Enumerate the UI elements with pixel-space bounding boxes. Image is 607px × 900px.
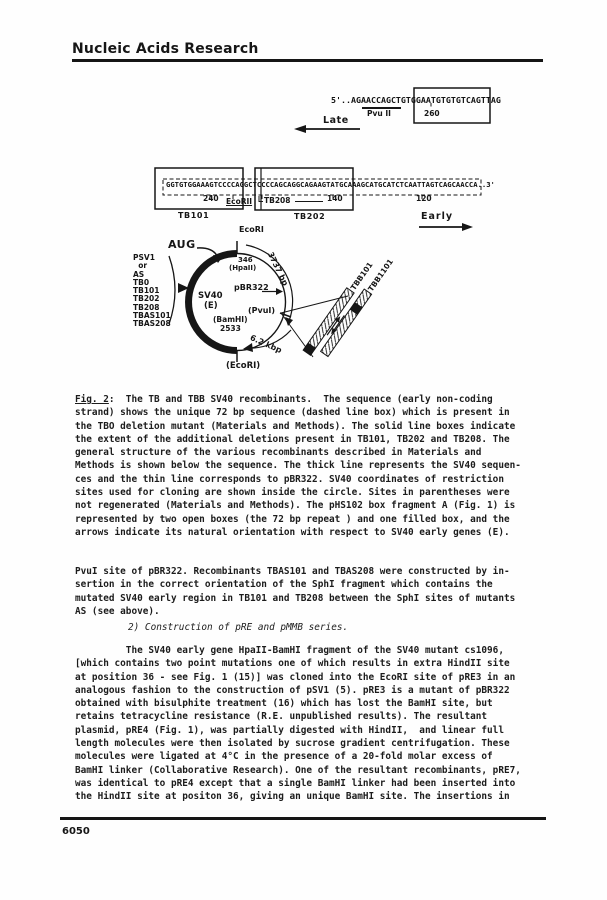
early-genes-e-label: (E) — [204, 302, 218, 311]
tb101-label: TB101 — [178, 212, 209, 220]
figure-caption: Fig. 2: The TB and TBB SV40 recombinants… — [75, 393, 550, 539]
figure-caption-first-line: : The TB and TBB SV40 recombinants. The … — [109, 394, 493, 405]
ecori-bottom-label: (EcoRI) — [226, 362, 260, 371]
page-number: 6050 — [62, 827, 90, 837]
late-strand-sequence: 5'..AGAACCAGCTGTGGAATGTGTGTCAGTTAG — [331, 96, 501, 104]
figure-2-diagram: TBB101 TBB1101 5'..AGAACCAGCTGTGGAATGTGT… — [0, 0, 607, 390]
tbb-insert-boxes: TBB101 TBB1101 — [303, 248, 395, 364]
seventytwo-bp-sequence: GGTGTGGAAAGTCCCCAGGCTCCCCAGCAGGCAGAAGTAT… — [166, 180, 478, 189]
coord-240-label: 240 — [203, 195, 219, 203]
bamhi-site-label: (BamHI) — [213, 316, 248, 324]
hpaii-coordinate: 346 — [238, 257, 253, 264]
tb208-label: TB208 — [264, 197, 291, 205]
footer-rule — [60, 817, 546, 820]
section-heading: 2) Construction of pRE and pMMB series. — [128, 621, 348, 634]
early-direction-label: Early — [421, 212, 453, 222]
figure-caption-number: Fig. 2 — [75, 394, 109, 405]
hpaii-site-label: (HpaII) — [229, 265, 256, 272]
coord-120-label: 120 — [416, 195, 432, 203]
bamhi-coordinate: 2533 — [220, 325, 241, 333]
variant-name-list: PSV1 or AS TB0 TB101 TB202 TB208 TBAS101… — [133, 254, 171, 329]
tb202-label: TB202 — [294, 213, 325, 221]
coord-140-label: 140 — [327, 195, 343, 203]
figure-caption-body: strand) shows the unique 72 bp sequence … — [75, 407, 521, 538]
pbr322-label: pBR322 — [234, 284, 269, 292]
aug-label: AUG — [168, 239, 196, 250]
ecori-top-label: EcoRI — [239, 226, 264, 234]
pvui-site-label: (PvuI) — [248, 307, 275, 315]
early-arrow — [419, 223, 473, 231]
figure-lineart: TBB101 TBB1101 — [0, 85, 607, 390]
sv40-label: SV40 — [198, 292, 223, 301]
early-strand-sequence: GGTGTGGAAAGTCCCCAGGCTCCCCAGCAGGCAGAAGTAT… — [166, 181, 495, 188]
body-paragraph-1: PvuI site of pBR322. Recombinants TBAS10… — [75, 565, 550, 618]
ecorii-site-label: EcoRII — [226, 198, 252, 206]
late-arrow — [294, 125, 360, 133]
late-direction-label: Late — [323, 116, 349, 126]
body-paragraph-2: The SV40 early gene HpaII-BamHI fragment… — [75, 644, 550, 804]
pvuii-site-label: Pvu II — [367, 110, 391, 118]
sequence-3prime-suffix: ..3' — [478, 180, 495, 189]
journal-page: Nucleic Acids Research — [0, 0, 607, 900]
coord-260-label: 260 — [424, 110, 440, 118]
variant-brace — [169, 256, 189, 324]
